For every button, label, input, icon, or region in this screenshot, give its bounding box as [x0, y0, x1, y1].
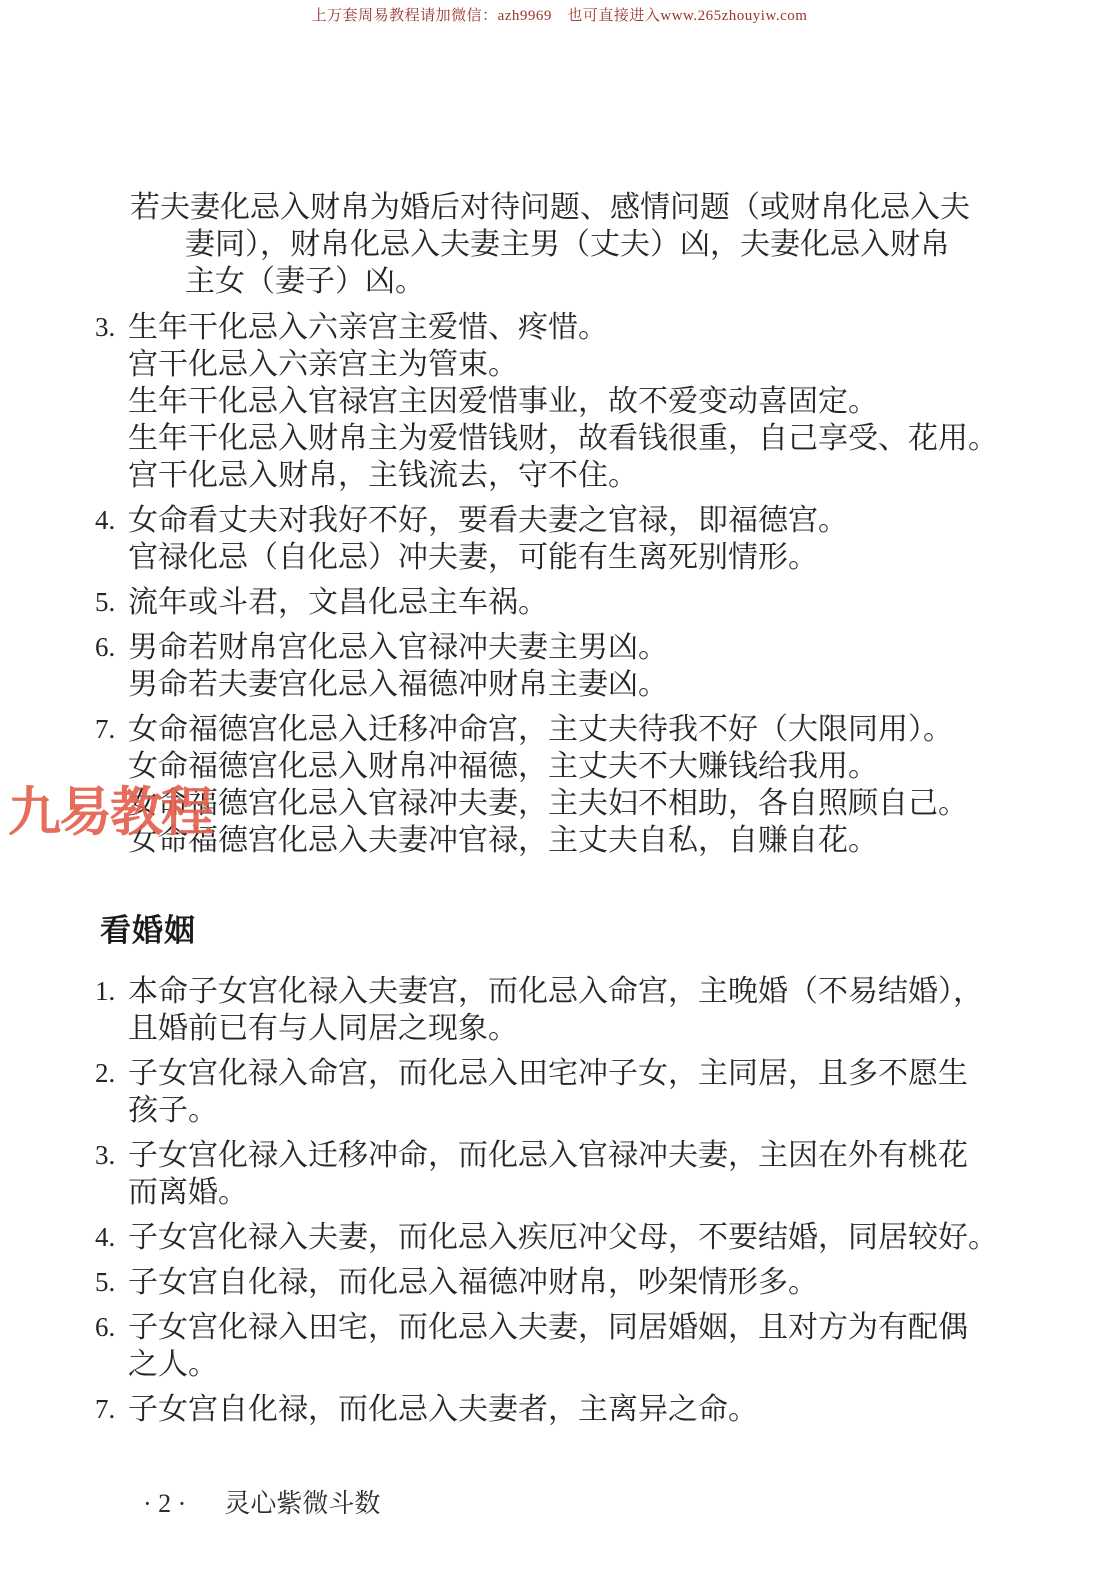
- list-item-number: 7.: [95, 711, 128, 748]
- numbered-list-section2: 1. 本命子女宫化禄入夫妻宫，而化忌入命宫，主晚婚（不易结婚）， 且婚前已有与人…: [95, 973, 1105, 1436]
- intro-paragraph: 若夫妻化忌入财帛为婚后对待问题、感情问题（或财帛化忌入夫 妻同），财帛化忌入夫妻…: [130, 189, 1115, 300]
- list-item: 3. 生年干化忌入六亲宫主爱惜、疼惜。 宫干化忌入六亲宫主为管束。 生年干化忌入…: [95, 309, 1105, 494]
- numbered-list-section1: 3. 生年干化忌入六亲宫主爱惜、疼惜。 宫干化忌入六亲宫主为管束。 生年干化忌入…: [95, 309, 1105, 867]
- list-item: 5. 流年或斗君，文昌化忌主车祸。: [95, 584, 1105, 621]
- intro-line: 主女（妻子）凶。: [185, 263, 1115, 300]
- list-item-number: 5.: [95, 584, 128, 621]
- list-item-number: 6.: [95, 629, 128, 666]
- list-item-text: 本命子女宫化禄入夫妻宫，而化忌入命宫，主晚婚（不易结婚）， 且婚前已有与人同居之…: [128, 973, 1105, 1047]
- list-item: 5. 子女宫自化禄，而化忌入福德冲财帛，吵架情形多。: [95, 1264, 1105, 1301]
- list-item: 4. 女命看丈夫对我好不好，要看夫妻之官禄，即福德宫。 官禄化忌（自化忌）冲夫妻…: [95, 502, 1105, 576]
- promo-header-text: 上万套周易教程请加微信：azh9969 也可直接进入www.265zhouyiw…: [0, 4, 1119, 25]
- list-item-text: 子女宫自化禄，而化忌入福德冲财帛，吵架情形多。: [128, 1264, 1105, 1301]
- list-item-text: 子女宫自化禄，而化忌入夫妻者，主离异之命。: [128, 1391, 1105, 1428]
- list-item: 6. 子女宫化禄入田宅，而化忌入夫妻，同居婚姻，且对方为有配偶 之人。: [95, 1309, 1105, 1383]
- list-item: 7. 子女宫自化禄，而化忌入夫妻者，主离异之命。: [95, 1391, 1105, 1428]
- list-item: 7. 女命福德宫化忌入迁移冲命宫，主丈夫待我不好（大限同用）。 女命福德宫化忌入…: [95, 711, 1105, 859]
- watermark-text: 九易教程: [8, 770, 212, 846]
- page-footer: · 2 · 灵心紫微斗数: [143, 1483, 380, 1520]
- list-item-text: 子女宫化禄入迁移冲命，而化忌入官禄冲夫妻，主因在外有桃花 而离婚。: [128, 1137, 1105, 1211]
- list-item-text: 女命看丈夫对我好不好，要看夫妻之官禄，即福德宫。 官禄化忌（自化忌）冲夫妻，可能…: [128, 502, 1105, 576]
- list-item: 2. 子女宫化禄入命宫，而化忌入田宅冲子女，主同居，且多不愿生 孩子。: [95, 1055, 1105, 1129]
- list-item-text: 女命福德宫化忌入迁移冲命宫，主丈夫待我不好（大限同用）。 女命福德宫化忌入财帛冲…: [128, 711, 1105, 859]
- list-item-text: 男命若财帛宫化忌入官禄冲夫妻主男凶。 男命若夫妻宫化忌入福德冲财帛主妻凶。: [128, 629, 1105, 703]
- list-item-number: 3.: [95, 309, 128, 346]
- list-item-number: 6.: [95, 1309, 128, 1346]
- list-item-number: 3.: [95, 1137, 128, 1174]
- list-item: 4. 子女宫化禄入夫妻，而化忌入疾厄冲父母，不要结婚，同居较好。: [95, 1219, 1105, 1256]
- section-heading-marriage: 看婚姻: [100, 905, 196, 950]
- document-page: 上万套周易教程请加微信：azh9969 也可直接进入www.265zhouyiw…: [0, 0, 1119, 1588]
- list-item: 6. 男命若财帛宫化忌入官禄冲夫妻主男凶。 男命若夫妻宫化忌入福德冲财帛主妻凶。: [95, 629, 1105, 703]
- list-item-text: 子女宫化禄入田宅，而化忌入夫妻，同居婚姻，且对方为有配偶 之人。: [128, 1309, 1105, 1383]
- list-item: 1. 本命子女宫化禄入夫妻宫，而化忌入命宫，主晚婚（不易结婚）， 且婚前已有与人…: [95, 973, 1105, 1047]
- intro-line: 若夫妻化忌入财帛为婚后对待问题、感情问题（或财帛化忌入夫: [130, 189, 1115, 226]
- list-item-number: 4.: [95, 1219, 128, 1256]
- list-item-text: 生年干化忌入六亲宫主爱惜、疼惜。 宫干化忌入六亲宫主为管束。 生年干化忌入官禄宫…: [128, 309, 1105, 494]
- list-item-text: 流年或斗君，文昌化忌主车祸。: [128, 584, 1105, 621]
- list-item-number: 5.: [95, 1264, 128, 1301]
- list-item-number: 1.: [95, 973, 128, 1010]
- list-item-text: 子女宫化禄入夫妻，而化忌入疾厄冲父母，不要结婚，同居较好。: [128, 1219, 1105, 1256]
- list-item: 3. 子女宫化禄入迁移冲命，而化忌入官禄冲夫妻，主因在外有桃花 而离婚。: [95, 1137, 1105, 1211]
- list-item-number: 2.: [95, 1055, 128, 1092]
- intro-line: 妻同），财帛化忌入夫妻主男（丈夫）凶，夫妻化忌入财帛: [185, 226, 1115, 263]
- page-number: · 2 ·: [143, 1489, 186, 1519]
- list-item-number: 4.: [95, 502, 128, 539]
- list-item-text: 子女宫化禄入命宫，而化忌入田宅冲子女，主同居，且多不愿生 孩子。: [128, 1055, 1105, 1129]
- book-title: 灵心紫微斗数: [224, 1483, 380, 1520]
- list-item-number: 7.: [95, 1391, 128, 1428]
